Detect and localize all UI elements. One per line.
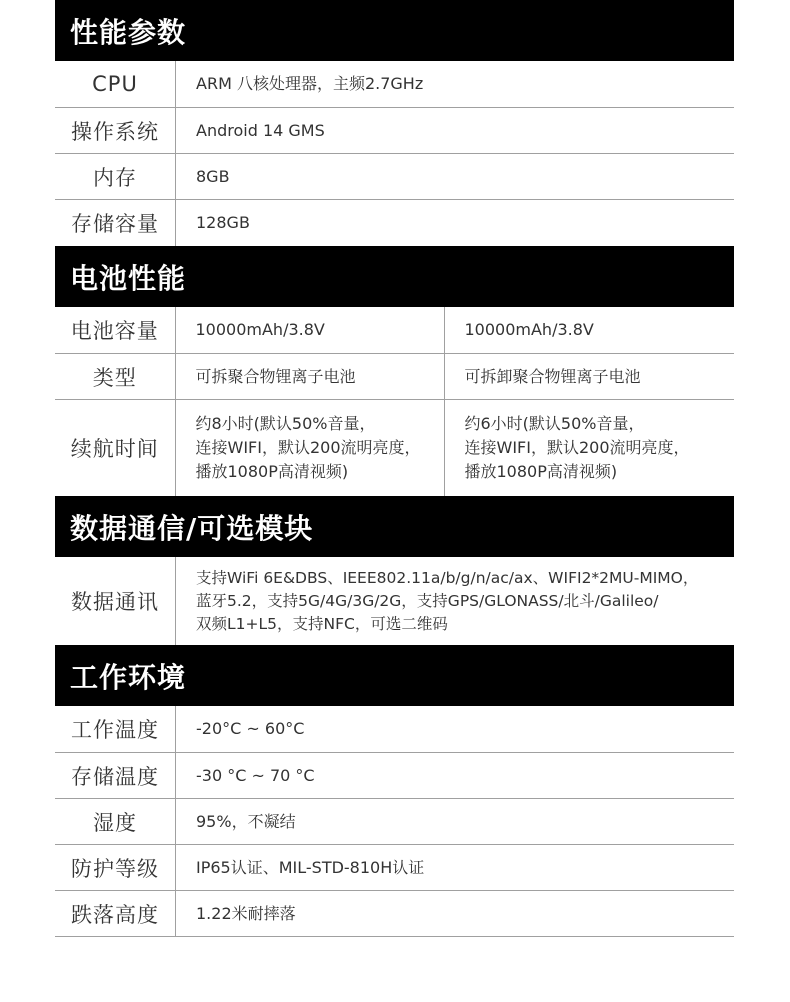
spec-sheet: 性能参数 CPU ARM 八核处理器，主频2.7GHz 操作系统 Android…: [55, 0, 734, 937]
row-value: 支持WiFi 6E&DBS、IEEE802.11a/b/g/n/ac/ax、WI…: [176, 557, 735, 645]
table-row: 内存 8GB: [55, 154, 734, 200]
row-value-alt: 10000mAh/3.8V: [444, 307, 734, 354]
row-value: -20°C ~ 60°C: [176, 706, 735, 753]
row-label: 跌落高度: [55, 891, 176, 937]
row-value: 95%，不凝结: [176, 799, 735, 845]
table-row: 数据通讯 支持WiFi 6E&DBS、IEEE802.11a/b/g/n/ac/…: [55, 557, 734, 645]
row-value: Android 14 GMS: [176, 108, 735, 154]
row-value: IP65认证、MIL-STD-810H认证: [176, 845, 735, 891]
row-value-alt: 约6小时(默认50%音量， 连接WIFI，默认200流明亮度， 播放1080P高…: [444, 400, 734, 497]
battery-table: 电池容量 10000mAh/3.8V 10000mAh/3.8V 类型 可拆聚合…: [55, 307, 734, 496]
row-label: 操作系统: [55, 108, 176, 154]
row-value: 1.22米耐摔落: [176, 891, 735, 937]
table-row: 续航时间 约8小时(默认50%音量， 连接WIFI，默认200流明亮度， 播放1…: [55, 400, 734, 497]
section-header-data-comm: 数据通信/可选模块: [55, 496, 734, 557]
row-label: 类型: [55, 354, 175, 400]
row-value: 约8小时(默认50%音量， 连接WIFI，默认200流明亮度， 播放1080P高…: [175, 400, 444, 497]
table-row: 存储容量 128GB: [55, 200, 734, 247]
table-row: 电池容量 10000mAh/3.8V 10000mAh/3.8V: [55, 307, 734, 354]
data-comm-table: 数据通讯 支持WiFi 6E&DBS、IEEE802.11a/b/g/n/ac/…: [55, 557, 734, 645]
environment-table: 工作温度 -20°C ~ 60°C 存储温度 -30 °C ~ 70 °C 湿度…: [55, 706, 734, 937]
row-value: -30 °C ~ 70 °C: [176, 753, 735, 799]
section-header-battery: 电池性能: [55, 246, 734, 307]
table-row: 操作系统 Android 14 GMS: [55, 108, 734, 154]
table-row: 工作温度 -20°C ~ 60°C: [55, 706, 734, 753]
section-header-performance: 性能参数: [55, 0, 734, 61]
row-label: 电池容量: [55, 307, 175, 354]
row-value: 可拆聚合物锂离子电池: [175, 354, 444, 400]
table-row: 存储温度 -30 °C ~ 70 °C: [55, 753, 734, 799]
row-value-alt: 可拆卸聚合物锂离子电池: [444, 354, 734, 400]
row-value: ARM 八核处理器，主频2.7GHz: [176, 61, 735, 108]
row-label: 续航时间: [55, 400, 175, 497]
row-value: 10000mAh/3.8V: [175, 307, 444, 354]
row-value: 128GB: [176, 200, 735, 247]
table-row: 湿度 95%，不凝结: [55, 799, 734, 845]
row-label: 存储温度: [55, 753, 176, 799]
row-value: 8GB: [176, 154, 735, 200]
row-label: 防护等级: [55, 845, 176, 891]
table-row: 跌落高度 1.22米耐摔落: [55, 891, 734, 937]
section-header-environment: 工作环境: [55, 645, 734, 706]
performance-table: CPU ARM 八核处理器，主频2.7GHz 操作系统 Android 14 G…: [55, 61, 734, 246]
row-label: 内存: [55, 154, 176, 200]
row-label: 数据通讯: [55, 557, 176, 645]
row-label: 工作温度: [55, 706, 176, 753]
row-label: 湿度: [55, 799, 176, 845]
row-label: CPU: [55, 61, 176, 108]
table-row: 防护等级 IP65认证、MIL-STD-810H认证: [55, 845, 734, 891]
row-label: 存储容量: [55, 200, 176, 247]
table-row: 类型 可拆聚合物锂离子电池 可拆卸聚合物锂离子电池: [55, 354, 734, 400]
table-row: CPU ARM 八核处理器，主频2.7GHz: [55, 61, 734, 108]
